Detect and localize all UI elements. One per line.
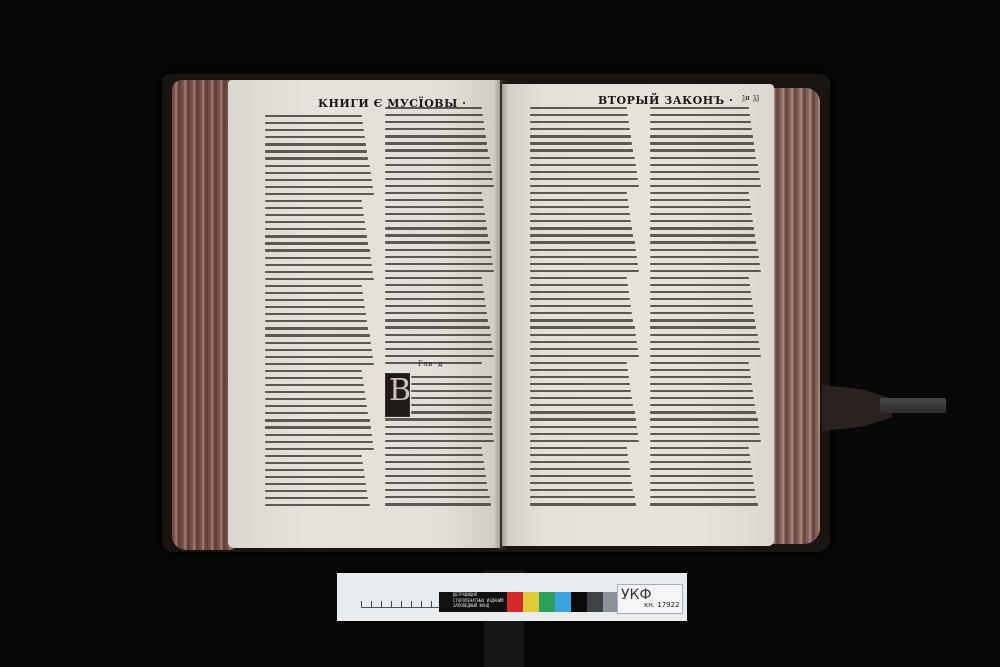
text-line — [530, 206, 629, 208]
text-line — [385, 263, 493, 265]
text-line — [530, 348, 638, 350]
text-line — [530, 468, 630, 470]
text-line — [385, 121, 484, 123]
text-line — [650, 135, 753, 137]
text-line — [530, 277, 627, 279]
text-line — [650, 369, 750, 371]
text-line — [265, 122, 363, 124]
text-line — [385, 496, 490, 498]
text-line — [265, 193, 374, 195]
text-line — [411, 397, 492, 399]
text-line — [530, 241, 635, 243]
text-line — [411, 404, 492, 406]
text-line — [385, 234, 488, 236]
text-line — [650, 468, 752, 470]
text-line — [265, 207, 363, 209]
text-line — [265, 349, 372, 351]
text-line — [265, 292, 363, 294]
text-line — [650, 503, 758, 505]
text-line — [650, 178, 760, 180]
text-line — [265, 150, 367, 152]
text-line — [530, 263, 638, 265]
text-line — [385, 192, 482, 194]
text-line — [650, 263, 760, 265]
text-line — [650, 397, 754, 399]
text-line — [650, 475, 753, 477]
inventory-number: кн. 17922 — [644, 601, 680, 609]
text-line — [385, 291, 484, 293]
text-line — [265, 278, 374, 280]
text-line — [385, 220, 486, 222]
text-line — [530, 234, 633, 236]
text-line — [385, 468, 485, 470]
text-line — [530, 362, 627, 364]
text-line — [530, 475, 631, 477]
text-line — [265, 370, 362, 372]
text-line — [530, 270, 639, 272]
text-column-1 — [265, 115, 375, 511]
text-line — [265, 434, 372, 436]
text-line — [265, 143, 366, 145]
text-line — [385, 312, 487, 314]
text-line — [650, 291, 751, 293]
text-line — [530, 192, 627, 194]
text-line — [385, 319, 488, 321]
color-calibration-target: ДЕТРАДИЦИЯ СТАРОПЕЧАТНЫХ ИЗДАНИЙ ЗАПОВЕД… — [337, 573, 687, 621]
text-line — [650, 341, 759, 343]
text-line — [265, 257, 371, 259]
text-line — [385, 362, 482, 364]
ruler-tick — [431, 601, 432, 607]
text-line — [265, 441, 373, 443]
text-line — [411, 390, 492, 392]
text-line — [385, 355, 494, 357]
text-line — [530, 157, 635, 159]
text-line — [265, 172, 371, 174]
text-line — [411, 411, 492, 413]
text-line — [385, 284, 483, 286]
text-line — [650, 149, 755, 151]
text-line — [530, 128, 630, 130]
text-line — [530, 418, 636, 420]
text-line — [650, 404, 755, 406]
text-line — [265, 419, 370, 421]
text-line — [530, 298, 630, 300]
text-line — [265, 490, 367, 492]
text-line — [650, 454, 750, 456]
text-line — [650, 234, 755, 236]
text-line — [530, 227, 632, 229]
text-line — [265, 306, 365, 308]
text-line — [650, 426, 759, 428]
text-line — [650, 447, 749, 449]
collection-tag: УКФ кн. 17922 — [617, 584, 683, 614]
text-line — [530, 305, 631, 307]
text-line — [385, 178, 493, 180]
text-line — [530, 489, 633, 491]
right-running-head: ВТОРЫЙ ЗАКОНЪ · — [598, 94, 733, 107]
text-line — [530, 404, 633, 406]
text-line — [650, 355, 761, 357]
text-line — [265, 377, 363, 379]
ruler-tick — [371, 601, 372, 607]
text-line — [265, 483, 366, 485]
text-line — [530, 114, 628, 116]
text-line — [530, 249, 636, 251]
text-line — [650, 362, 749, 364]
text-line — [385, 241, 490, 243]
text-line — [650, 298, 752, 300]
color-swatch — [555, 592, 571, 612]
text-line — [650, 171, 759, 173]
book-gutter — [494, 80, 508, 550]
text-line — [265, 469, 364, 471]
text-line — [385, 114, 483, 116]
text-line — [265, 157, 368, 159]
text-line — [530, 135, 631, 137]
text-line — [265, 384, 364, 386]
text-line — [265, 136, 365, 138]
text-line — [265, 264, 372, 266]
text-line — [265, 242, 368, 244]
text-line — [530, 319, 633, 321]
text-line — [650, 199, 750, 201]
text-line — [411, 383, 492, 385]
text-line — [650, 319, 755, 321]
text-line — [265, 476, 365, 478]
text-line — [530, 341, 637, 343]
text-line — [265, 299, 364, 301]
text-line — [385, 135, 486, 137]
text-line — [530, 461, 629, 463]
text-line — [385, 256, 492, 258]
text-line — [530, 426, 637, 428]
folio-number: ѯи ѯѯ — [742, 94, 760, 102]
text-line — [530, 496, 635, 498]
text-line — [385, 164, 491, 166]
text-line — [650, 277, 749, 279]
text-line — [385, 277, 482, 279]
text-line — [265, 426, 371, 428]
text-line — [530, 482, 632, 484]
text-line — [530, 397, 632, 399]
text-line — [385, 326, 490, 328]
clasp-strap — [880, 398, 946, 413]
text-line — [650, 411, 756, 413]
text-line — [530, 256, 637, 258]
text-line — [385, 482, 487, 484]
text-line — [530, 503, 636, 505]
left-page-edges — [172, 80, 234, 550]
text-line — [530, 199, 628, 201]
text-line — [385, 461, 484, 463]
text-line — [530, 334, 636, 336]
text-line — [265, 405, 367, 407]
scale-ruler — [361, 595, 441, 608]
text-line — [265, 200, 362, 202]
text-line — [530, 107, 627, 109]
text-line — [650, 312, 754, 314]
text-line — [385, 213, 485, 215]
text-line — [265, 179, 372, 181]
text-line — [385, 341, 492, 343]
text-line — [265, 398, 366, 400]
text-line — [650, 157, 756, 159]
text-line — [650, 461, 751, 463]
text-line — [265, 214, 364, 216]
text-line — [650, 348, 760, 350]
text-line — [385, 305, 486, 307]
text-line — [385, 298, 485, 300]
text-line — [265, 221, 365, 223]
text-line — [385, 447, 482, 449]
text-line — [530, 291, 629, 293]
text-line — [265, 285, 362, 287]
text-line — [385, 249, 491, 251]
text-line — [650, 284, 750, 286]
text-column-3 — [530, 107, 640, 510]
text-line — [530, 447, 627, 449]
text-line — [530, 454, 628, 456]
text-line — [265, 313, 366, 315]
text-column-4 — [650, 107, 762, 510]
text-line — [530, 369, 628, 371]
text-line — [265, 363, 374, 365]
text-line — [530, 185, 639, 187]
text-line — [650, 270, 761, 272]
ruler-tick — [381, 601, 382, 607]
text-line — [530, 164, 636, 166]
text-line — [650, 121, 751, 123]
text-line — [650, 334, 758, 336]
text-line — [650, 482, 754, 484]
text-line — [265, 129, 364, 131]
text-line — [265, 271, 373, 273]
text-line — [650, 433, 760, 435]
text-line — [650, 440, 761, 442]
text-line — [265, 462, 363, 464]
text-line — [385, 128, 485, 130]
text-line — [650, 128, 752, 130]
text-line — [385, 433, 493, 435]
text-line — [265, 115, 362, 117]
text-line — [530, 376, 629, 378]
text-line — [650, 192, 749, 194]
text-line — [650, 489, 755, 491]
ruler-tick — [421, 601, 422, 607]
text-line — [650, 496, 756, 498]
text-line — [650, 249, 758, 251]
text-line — [385, 185, 494, 187]
text-line — [385, 489, 488, 491]
ruler-tick — [391, 601, 392, 607]
ruler-tick — [411, 601, 412, 607]
text-line — [530, 121, 629, 123]
text-line — [530, 411, 635, 413]
text-line — [650, 114, 750, 116]
text-line — [385, 142, 487, 144]
text-line — [385, 348, 493, 350]
color-swatch — [507, 592, 523, 612]
text-line — [530, 355, 639, 357]
text-line — [385, 107, 482, 109]
text-line — [265, 249, 370, 251]
text-line — [650, 326, 756, 328]
text-line — [265, 412, 368, 414]
text-line — [650, 164, 758, 166]
text-line — [650, 185, 761, 187]
text-line — [530, 312, 632, 314]
photo-scene: КНИГИ Є МУСЇОВЫ · ВТОРЫЙ ЗАКОНЪ · ѯи ѯѯ … — [0, 0, 1000, 667]
text-line — [530, 213, 630, 215]
text-line — [385, 171, 492, 173]
text-line — [530, 433, 638, 435]
text-line — [650, 376, 751, 378]
text-line — [265, 356, 373, 358]
text-line — [265, 342, 371, 344]
text-line — [265, 327, 368, 329]
text-line — [385, 454, 483, 456]
text-line — [265, 455, 362, 457]
text-line — [650, 220, 753, 222]
text-line — [411, 376, 492, 378]
text-line — [385, 206, 484, 208]
text-line — [385, 199, 483, 201]
text-line — [650, 383, 752, 385]
text-line — [530, 171, 637, 173]
text-line — [265, 497, 368, 499]
text-line — [385, 270, 494, 272]
text-line — [385, 157, 490, 159]
color-swatch — [571, 592, 587, 612]
text-line — [650, 142, 754, 144]
text-line — [385, 503, 491, 505]
decorated-initial: В — [385, 373, 410, 417]
text-line — [650, 256, 759, 258]
color-swatch — [587, 592, 603, 612]
text-line — [265, 235, 367, 237]
color-swatch — [539, 592, 555, 612]
text-line — [650, 227, 754, 229]
text-line — [650, 241, 756, 243]
color-swatch — [523, 592, 539, 612]
text-line — [265, 186, 373, 188]
text-line — [265, 228, 366, 230]
text-line — [650, 107, 749, 109]
text-line — [385, 426, 492, 428]
text-line — [265, 391, 365, 393]
text-line — [385, 440, 494, 442]
text-line — [530, 383, 630, 385]
archive-label: ДЕТРАДИЦИЯ СТАРОПЕЧАТНЫХ ИЗДАНИЙ ЗАПОВЕД… — [439, 592, 507, 612]
text-line — [650, 305, 753, 307]
text-line — [530, 149, 633, 151]
text-line — [530, 440, 639, 442]
ruler-tick — [361, 601, 362, 607]
text-line — [385, 475, 486, 477]
text-line — [530, 284, 628, 286]
text-line — [385, 334, 491, 336]
text-line — [530, 390, 631, 392]
text-column-2 — [385, 107, 495, 510]
text-line — [530, 326, 635, 328]
text-line — [530, 142, 632, 144]
text-line — [265, 165, 370, 167]
text-line — [265, 334, 370, 336]
text-line — [650, 418, 758, 420]
text-line — [265, 320, 367, 322]
text-line — [385, 227, 487, 229]
text-line — [265, 504, 370, 506]
text-line — [650, 206, 751, 208]
text-line — [530, 220, 631, 222]
text-line — [650, 213, 752, 215]
text-line — [385, 149, 488, 151]
text-line — [265, 448, 374, 450]
text-line — [650, 390, 753, 392]
right-page-edges — [770, 88, 820, 544]
text-line — [530, 178, 638, 180]
text-line — [385, 418, 491, 420]
ruler-tick — [401, 601, 402, 607]
